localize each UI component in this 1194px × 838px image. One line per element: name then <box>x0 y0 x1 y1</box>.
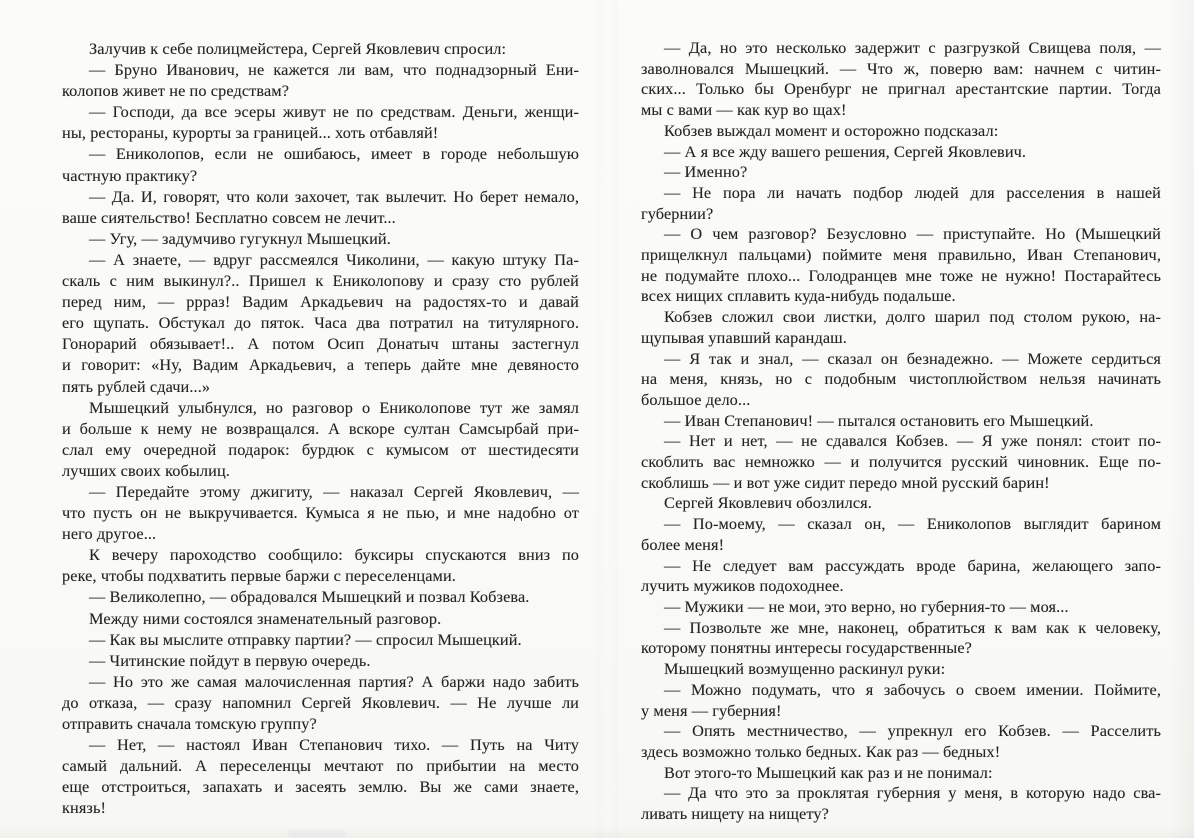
text-line: скоблишь — и вот уже сидит передо мной р… <box>641 473 1161 494</box>
text-line: на меня, князь, но с подобным чистоплюйс… <box>641 369 1161 390</box>
text-line: здесь возможно только бедных. Как раз — … <box>641 742 1161 763</box>
text-line: — Передайте этому джигиту, — наказал Сер… <box>62 481 579 502</box>
text-line: — Я так и знал, — сказал он безнадежно. … <box>641 349 1161 370</box>
text-line: — Господи, да все эсеры живут не по сред… <box>62 101 579 122</box>
text-line: которому понятны интересы государственны… <box>641 638 1161 659</box>
text-line: ливать нищету на нищету? <box>641 804 1161 825</box>
text-line: — Но это же самая малочисленная партия? … <box>62 671 579 692</box>
text-line: его щупать. Обстукал до пяток. Часа два … <box>62 312 579 333</box>
text-line: и говорит: «Ну, Вадим Аркадьевич, а тепе… <box>62 354 579 375</box>
text-line: — Не пора ли начать подбор людей для рас… <box>641 183 1161 204</box>
text-line: до отказа, — сразу напомнил Сергей Яковл… <box>62 692 579 713</box>
text-line: слал ему очередной подарок: бурдюк с кум… <box>62 439 579 460</box>
right-page-text-column: — Да, но это несколько задержит с разгру… <box>641 38 1161 825</box>
text-line: еще отстроиться, запахать и засеять земл… <box>62 776 579 797</box>
text-line: — По-моему, — сказал он, — Ениколопов вы… <box>641 514 1161 535</box>
text-line: — А я все жду вашего решения, Сергей Яко… <box>641 142 1161 163</box>
text-line: скаль с ним выкинул?.. Пришел к Ениколоп… <box>62 270 579 291</box>
text-line: заволновался Мышецкий. — Что ж, поверю в… <box>641 59 1161 80</box>
left-page-text-column: Залучив к себе полицмейстера, Сергей Яко… <box>62 38 579 818</box>
text-line: — Бруно Иванович, не кажется ли вам, что… <box>62 59 579 80</box>
text-line: большое дело... <box>641 390 1161 411</box>
text-line: всех нищих сплавить куда-нибудь подальше… <box>641 286 1161 307</box>
text-line: — Ениколопов, если не ошибаюсь, имеет в … <box>62 143 579 164</box>
text-line: Гонорарий обязывает!.. А потом Осип Дона… <box>62 333 579 354</box>
faint-page-number-remnant <box>288 830 346 837</box>
text-line: у меня — губерния! <box>641 701 1161 722</box>
text-line: скоблить вас немножко — и получится русс… <box>641 452 1161 473</box>
text-line: — Да что это за проклятая губерния у мен… <box>641 783 1161 804</box>
text-line: — Угу, — задумчиво гугукнул Мышецкий. <box>62 228 579 249</box>
text-line: щупывая упавший карандаш. <box>641 328 1161 349</box>
text-line: — Читинские пойдут в первую очередь. <box>62 650 579 671</box>
text-line: К вечеру пароходство сообщило: буксиры с… <box>62 544 579 565</box>
text-line: Вот этого-то Мышецкий как раз и не поним… <box>641 763 1161 784</box>
text-line: лучших своих кобылиц. <box>62 460 579 481</box>
text-line: и больше к нему не возвращался. А вскоре… <box>62 418 579 439</box>
text-line: пять рублей сдачи...» <box>62 376 579 397</box>
text-line: — О чем разговор? Безусловно — приступай… <box>641 224 1161 245</box>
text-line: частную практику? <box>62 165 579 186</box>
text-line: лучить мужиков подоходнее. <box>641 576 1161 597</box>
text-line: — Иван Степанович! — пытался остановить … <box>641 411 1161 432</box>
text-line: что пусть он не выкручивается. Кумыса я … <box>62 502 579 523</box>
text-line: колопов живет не по средствам? <box>62 80 579 101</box>
text-line: — Именно? <box>641 162 1161 183</box>
text-line: Залучив к себе полицмейстера, Сергей Яко… <box>62 38 579 59</box>
text-line: Мышецкий улыбнулся, но разговор о Еникол… <box>62 397 579 418</box>
text-line: — Великолепно, — обрадовался Мышецкий и … <box>62 586 579 607</box>
text-line: ны, рестораны, курорты за границей... хо… <box>62 122 579 143</box>
text-line: князь! <box>62 797 579 818</box>
text-line: самый дальний. А переселенцы мечтают по … <box>62 755 579 776</box>
page-gutter-shadow <box>596 0 618 838</box>
text-line: ских... Только бы Оренбург не пригнал ар… <box>641 79 1161 100</box>
scan-edge-shadow-right <box>1168 0 1194 838</box>
text-line: Между ними состоялся знаменательный разг… <box>62 608 579 629</box>
text-line: мы с вами — как кур во щах! <box>641 100 1161 121</box>
text-line: — Мужики — не мои, это верно, но губерни… <box>641 597 1161 618</box>
text-line: — Позвольте же мне, наконец, обратиться … <box>641 618 1161 639</box>
text-line: Кобзев выждал момент и осторожно подсказ… <box>641 121 1161 142</box>
text-line: губернии? <box>641 204 1161 225</box>
text-line: Кобзев сложил свои листки, долго шарил п… <box>641 307 1161 328</box>
book-spread: Залучив к себе полицмейстера, Сергей Яко… <box>0 0 1194 838</box>
text-line: отправить сначала томскую группу? <box>62 713 579 734</box>
text-line: более меня! <box>641 535 1161 556</box>
scan-edge-shadow-bottom <box>0 826 1194 838</box>
text-line: — А знаете, — вдруг рассмеялся Чиколини,… <box>62 249 579 270</box>
text-line: — Да, но это несколько задержит с разгру… <box>641 38 1161 59</box>
text-line: — Опять местничество, — упрекнул его Коб… <box>641 721 1161 742</box>
text-line: — Нет, — настоял Иван Степанович тихо. —… <box>62 734 579 755</box>
text-line: него другое... <box>62 523 579 544</box>
text-line: ваше сиятельство! Бесплатно совсем не ле… <box>62 207 579 228</box>
text-line: — Не следует вам рассуждать вроде барина… <box>641 556 1161 577</box>
text-line: — Можно подумать, что я забочусь о своем… <box>641 680 1161 701</box>
text-line: — Да. И, говорят, что коли захочет, так … <box>62 186 579 207</box>
text-line: реке, чтобы подхватить первые баржи с пе… <box>62 565 579 586</box>
text-line: прищелкнул пальцами) поймите меня правил… <box>641 245 1161 266</box>
text-line: Мышецкий возмущенно раскинул руки: <box>641 659 1161 680</box>
text-line: Сергей Яковлевич обозлился. <box>641 493 1161 514</box>
text-line: — Нет и нет, — не сдавался Кобзев. — Я у… <box>641 431 1161 452</box>
text-line: не подумайте плохо... Голодранцев мне то… <box>641 266 1161 287</box>
text-line: перед ним, — ррраз! Вадим Аркадьевич на … <box>62 291 579 312</box>
text-line: — Как вы мыслите отправку партии? — спро… <box>62 629 579 650</box>
